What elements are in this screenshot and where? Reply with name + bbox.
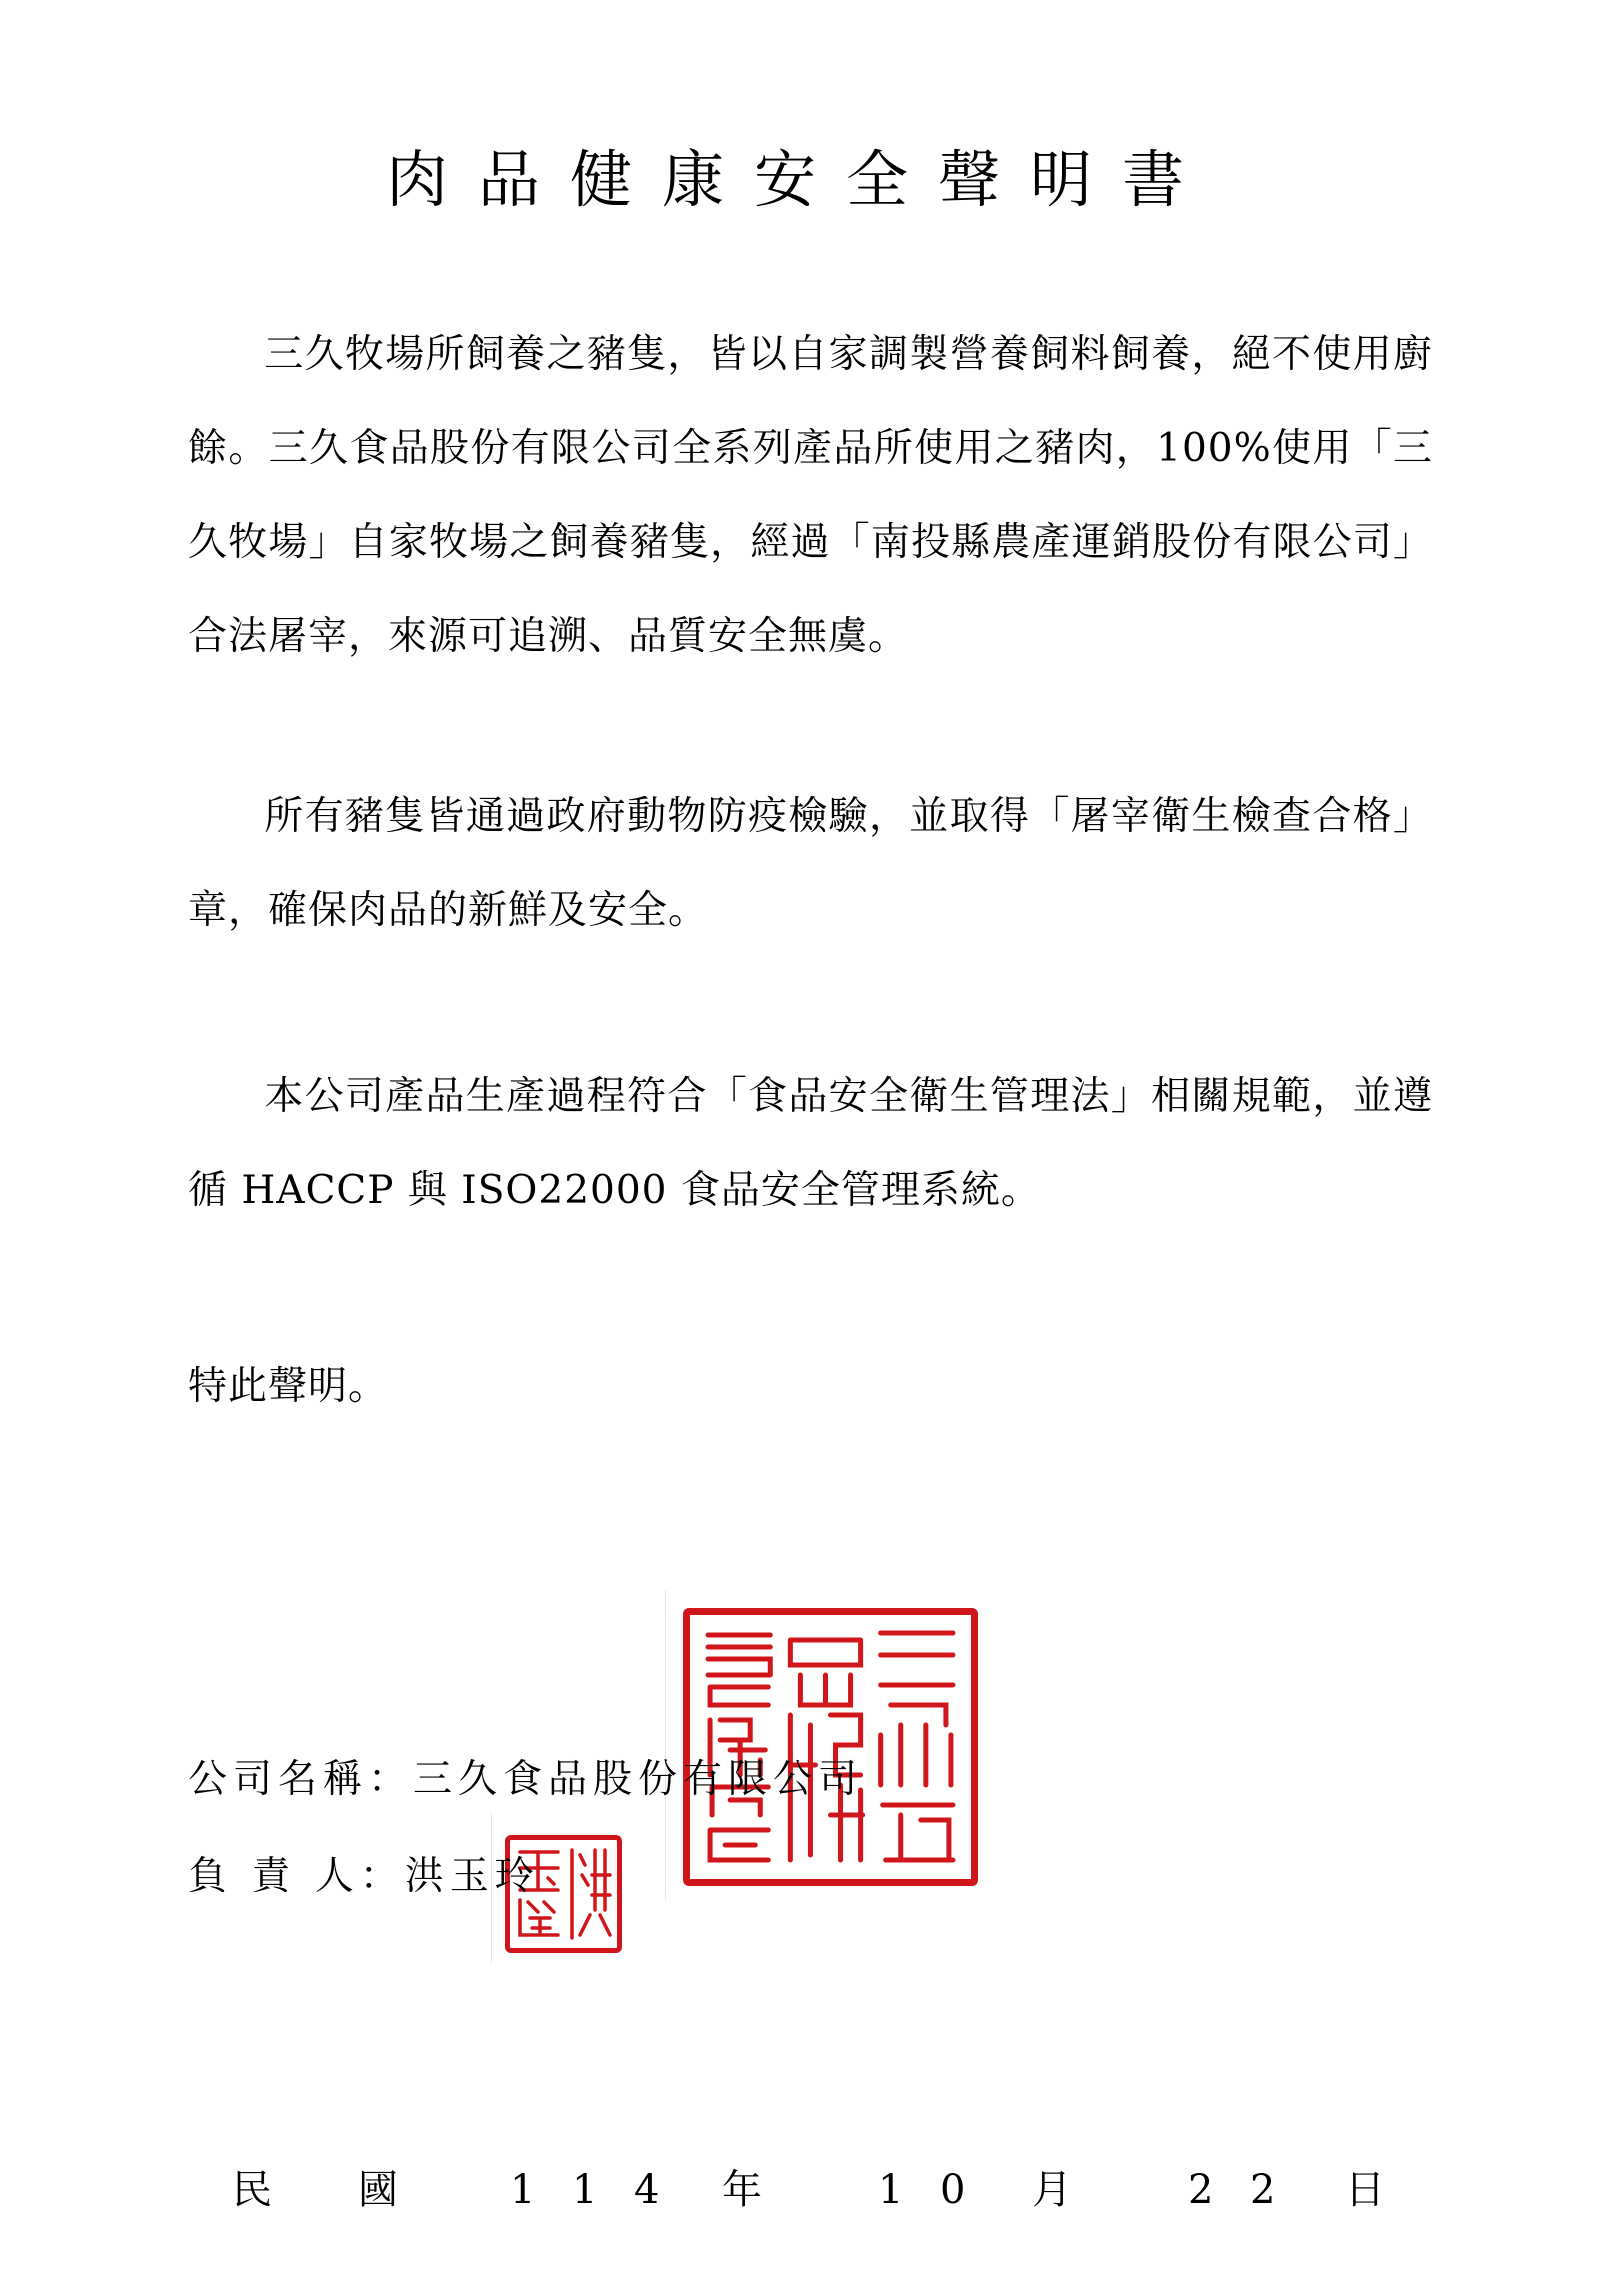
- paragraph-pig-source: 三久牧場所飼養之豬隻，皆以自家調製營養飼料飼養，絕不使用廚餘。三久食品股份有限公…: [188, 308, 1433, 684]
- paragraph-inspection: 所有豬隻皆通過政府動物防疫檢驗，並取得「屠宰衛生檢查合格」章，確保肉品的新鮮及安…: [188, 770, 1433, 958]
- declaration-page: 肉品健康安全聲明書 三久牧場所飼養之豬隻，皆以自家調製營養飼料飼養，絕不使用廚餘…: [0, 0, 1600, 2283]
- closing-statement: 特此聲明。: [188, 1340, 1433, 1434]
- date-line: 民 國 1 1 4 年 1 0 月 2 2 日: [0, 2160, 1600, 2220]
- date-month-unit: 月: [1032, 2160, 1072, 2220]
- document-title: 肉品健康安全聲明書: [0, 140, 1600, 220]
- responsible-person-value: 洪玉玲: [405, 1854, 540, 1899]
- company-name-line: 公司名稱：三久食品股份有限公司: [188, 1750, 863, 1810]
- paragraph-text: 三久牧場所飼養之豬隻，皆以自家調製營養飼料飼養，絕不使用廚餘。三久食品股份有限公…: [188, 332, 1433, 659]
- date-month-digit-1: 1: [878, 2160, 903, 2220]
- responsible-person-label: 負 責 人：: [188, 1854, 405, 1899]
- date-day-digit-2: 2: [1250, 2160, 1275, 2220]
- date-era-char-2: 國: [358, 2160, 398, 2220]
- date-day-digit-1: 2: [1188, 2160, 1213, 2220]
- company-seal-glyphs-icon: [690, 1615, 971, 1879]
- date-year-digit-1: 1: [510, 2160, 535, 2220]
- date-day-unit: 日: [1345, 2160, 1385, 2220]
- company-seal-icon: [683, 1608, 978, 1886]
- date-era-char-1: 民: [232, 2160, 272, 2220]
- company-name-label: 公司名稱：: [188, 1757, 413, 1802]
- date-year-unit: 年: [722, 2160, 762, 2220]
- responsible-person-line: 負 責 人：洪玉玲: [188, 1847, 540, 1907]
- date-year-digit-2: 1: [572, 2160, 597, 2220]
- company-name-value: 三久食品股份有限公司: [413, 1757, 863, 1802]
- paragraph-text: 本公司產品生產過程符合「食品安全衛生管理法」相關規範，並遵循 HACCP 與 I…: [188, 1074, 1433, 1213]
- date-month-digit-2: 0: [940, 2160, 965, 2220]
- date-year-digit-3: 4: [634, 2160, 659, 2220]
- paragraph-regulations: 本公司產品生產過程符合「食品安全衛生管理法」相關規範，並遵循 HACCP 與 I…: [188, 1050, 1433, 1238]
- paragraph-text: 所有豬隻皆通過政府動物防疫檢驗，並取得「屠宰衛生檢查合格」章，確保肉品的新鮮及安…: [188, 794, 1433, 933]
